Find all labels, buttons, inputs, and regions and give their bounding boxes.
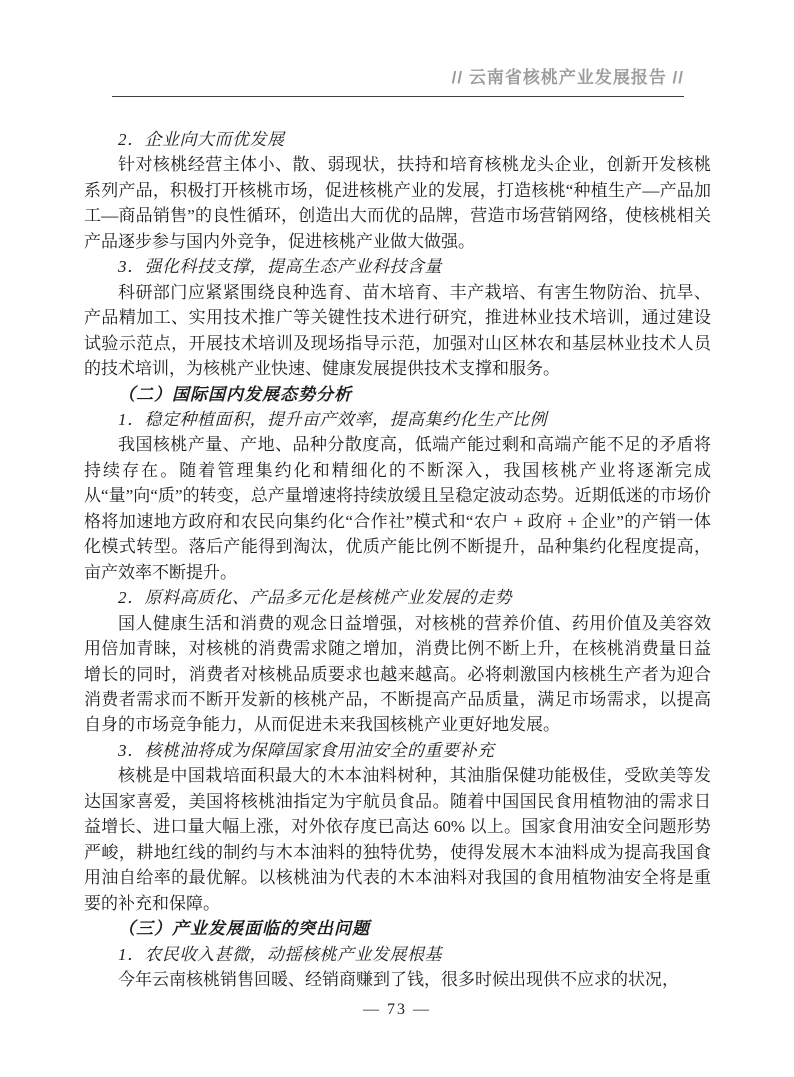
subheading-3-walnut-oil: 3．核桃油将成为保障国家食用油安全的重要补充: [84, 738, 711, 763]
paragraph-stable-area: 我国核桃产量、产地、品种分散度高，低端产能过剩和高端产能不足的矛盾将持续存在。随…: [84, 432, 711, 585]
section-heading-3-problems: （三）产业发展面临的突出问题: [84, 916, 711, 941]
subheading-1-farmer-income: 1．农民收入甚微，动摇核桃产业发展根基: [84, 942, 711, 967]
header-rule: [112, 96, 684, 97]
report-page: // 云南省核桃产业发展报告 // 2．企业向大而优发展 针对核桃经营主体小、散…: [0, 0, 794, 1077]
paragraph-farmer-income: 今年云南核桃销售回暖、经销商赚到了钱，很多时候出现供不应求的状况，: [84, 967, 711, 992]
page-number: — 73 —: [0, 1001, 794, 1019]
subheading-2-raw-material: 2．原料高质化、产品多元化是核桃产业发展的走势: [84, 585, 711, 610]
paragraph-raw-material: 国人健康生活和消费的观念日益增强，对核桃的营养价值、药用价值及美容效用倍加青睐，…: [84, 611, 711, 738]
section-heading-2-trend-analysis: （二）国际国内发展态势分析: [84, 382, 711, 407]
paragraph-walnut-oil: 核桃是中国栽培面积最大的木本油料树种，其油脂保健功能极佳，受欧美等发达国家喜爱，…: [84, 763, 711, 916]
subheading-3-science-tech: 3．强化科技支撑，提高生态产业科技含量: [84, 254, 711, 279]
running-header-title: // 云南省核桃产业发展报告 //: [0, 63, 684, 88]
subheading-2-enterprises: 2．企业向大而优发展: [84, 127, 711, 152]
paragraph-science-tech: 科研部门应紧紧围绕良种选育、苗木培育、丰产栽培、有害生物防治、抗旱、产品精加工、…: [84, 280, 711, 382]
document-body: 2．企业向大而优发展 针对核桃经营主体小、散、弱现状，扶持和培育核桃龙头企业，创…: [84, 127, 711, 992]
paragraph-enterprises: 针对核桃经营主体小、散、弱现状，扶持和培育核桃龙头企业，创新开发核桃系列产品，积…: [84, 152, 711, 254]
subheading-1-stable-area: 1．稳定种植面积，提升亩产效率，提高集约化生产比例: [84, 407, 711, 432]
